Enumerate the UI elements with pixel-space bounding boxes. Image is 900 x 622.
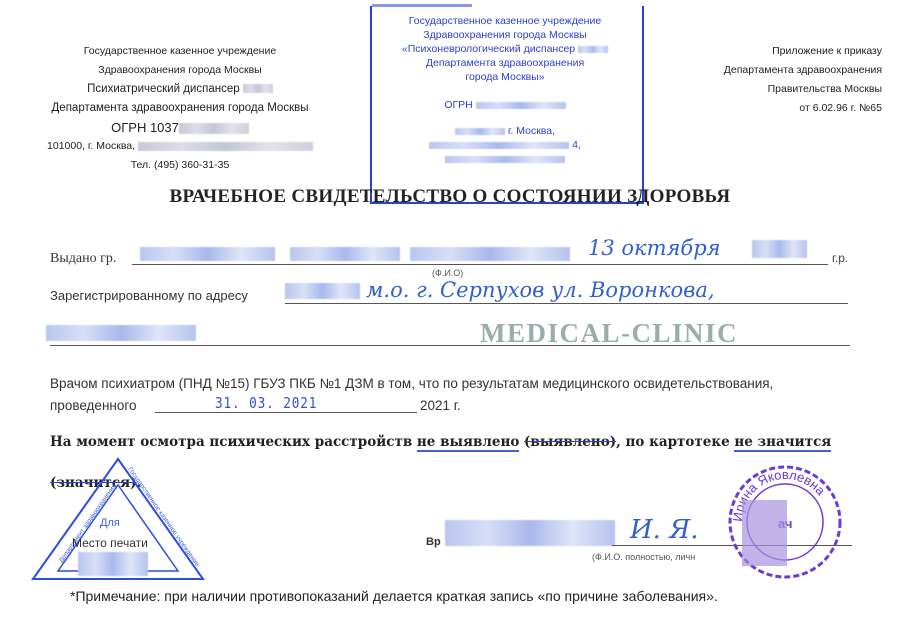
appendix-line-2: Департамента здравоохранения bbox=[660, 61, 882, 80]
stamp-city-wrap: г. Москва, bbox=[370, 124, 640, 138]
footnote: *Примечание: при наличии противопоказани… bbox=[70, 588, 718, 604]
redacted-address bbox=[138, 142, 313, 151]
stamp-line-3: «Психоневрологический диспансер bbox=[402, 43, 575, 55]
result-part-1: На момент осмотра психических расстройст… bbox=[50, 434, 417, 450]
stamp-ogrn-wrap: ОГРН bbox=[370, 98, 640, 112]
ogrn-label: ОГРН 1037 bbox=[111, 120, 179, 135]
redacted-ogrn bbox=[179, 123, 249, 134]
org-line-1: Государственное казенное учреждение bbox=[30, 42, 330, 61]
redacted-stamp-ogrn bbox=[476, 102, 566, 109]
header-left-block: Государственное казенное учреждение Здра… bbox=[30, 42, 330, 175]
issued-label: Выдано гр. bbox=[50, 251, 116, 267]
phone: Тел. (495) 360-31-35 bbox=[30, 156, 330, 175]
address-handwritten: м.о. г. Серпухов ул. Воронкова, bbox=[366, 278, 715, 302]
stamp-place-label: Место печати bbox=[72, 536, 148, 550]
redacted-street bbox=[429, 142, 569, 149]
org-line-2: Здравоохранения города Москвы bbox=[30, 61, 330, 80]
appendix-line-3: Правительства Москвы bbox=[660, 80, 882, 99]
signature-caption: (Ф.И.О. полностью, личн bbox=[592, 552, 695, 562]
redacted-birth-year bbox=[752, 240, 807, 258]
birth-suffix: г.р. bbox=[832, 251, 848, 265]
stamp-ogrn: ОГРН bbox=[444, 99, 472, 111]
address-underline bbox=[285, 303, 848, 304]
redacted-stamp-number bbox=[578, 46, 608, 53]
stamp-extra-wrap bbox=[370, 152, 640, 166]
fio-caption: (Ф.И.О) bbox=[432, 268, 463, 278]
result-found-struck: (выявлено) bbox=[524, 434, 616, 450]
redacted-name bbox=[290, 247, 400, 261]
result-not-found: не выявлено bbox=[417, 434, 519, 452]
org-line-4: Департамента здравоохранения города Моск… bbox=[30, 99, 330, 118]
signature-label: Вр bbox=[426, 536, 441, 548]
rectangular-stamp: Государственное казенное учреждение Здра… bbox=[370, 8, 640, 166]
stamp-city: г. Москва, bbox=[508, 125, 555, 137]
stamp-line-5: города Москвы» bbox=[370, 70, 640, 84]
date-stamp: 31. 03. 2021 bbox=[215, 394, 317, 412]
issued-underline bbox=[132, 264, 828, 265]
appendix-line-4: от 6.02.96 г. №65 bbox=[660, 99, 882, 118]
stamp-line-3-wrap: «Психоневрологический диспансер bbox=[370, 42, 640, 56]
result-statement: На момент осмотра психических расстройст… bbox=[50, 434, 831, 450]
stamp-line-4: Департамента здравоохранения bbox=[370, 56, 640, 70]
stamp-top-mark bbox=[372, 4, 472, 7]
ogrn-wrap: ОГРН 1037 bbox=[30, 118, 330, 137]
result-not-listed: не значится bbox=[734, 434, 831, 452]
redacted-address-line-2 bbox=[46, 325, 196, 341]
result-part-2: , по картотеке bbox=[616, 434, 734, 450]
signature-handwritten: И. Я. bbox=[630, 515, 698, 545]
birth-date-handwritten: 13 октября bbox=[588, 236, 721, 260]
redacted-number bbox=[243, 84, 273, 93]
conducted-label: проведенного bbox=[50, 398, 137, 413]
address-label: Зарегистрированному по адресу bbox=[50, 288, 248, 303]
round-stamp: Ирина Яковлевна ач bbox=[720, 460, 850, 585]
redacted-surname bbox=[140, 247, 275, 261]
appendix-line-1: Приложение к приказу bbox=[660, 42, 882, 61]
watermark: MEDICAL-CLINIC bbox=[480, 318, 738, 349]
stamp-house: 4, bbox=[572, 139, 581, 151]
redacted-address-prefix bbox=[285, 283, 360, 299]
org-line-3: Психиатрический диспансер bbox=[87, 83, 239, 95]
stamp-street-wrap: 4, bbox=[370, 138, 640, 152]
triangle-stamp-center: Для bbox=[100, 517, 120, 529]
redacted-patronymic bbox=[410, 247, 570, 261]
stamp-line-1: Государственное казенное учреждение bbox=[370, 14, 640, 28]
redacted-doctor-name bbox=[445, 520, 615, 546]
redacted-zip bbox=[455, 128, 505, 135]
org-line-3-wrap: Психиатрический диспансер bbox=[30, 80, 330, 99]
stamp-line-2: Здравоохранения города Москвы bbox=[370, 28, 640, 42]
conducted-underline bbox=[155, 412, 417, 413]
header-right-block: Приложение к приказу Департамента здраво… bbox=[660, 42, 882, 118]
address-text: 101000, г. Москва, bbox=[47, 140, 135, 152]
conducted-year: 2021 г. bbox=[420, 398, 461, 413]
doctor-statement: Врачом психиатром (ПНД №15) ГБУЗ ПКБ №1 … bbox=[50, 376, 773, 391]
redacted-extra bbox=[445, 156, 565, 163]
address-wrap: 101000, г. Москва, bbox=[30, 137, 330, 156]
redacted-triangle-center bbox=[78, 552, 148, 576]
document-title: ВРАЧЕБНОЕ СВИДЕТЕЛЬСТВО О СОСТОЯНИИ ЗДОР… bbox=[0, 186, 900, 208]
